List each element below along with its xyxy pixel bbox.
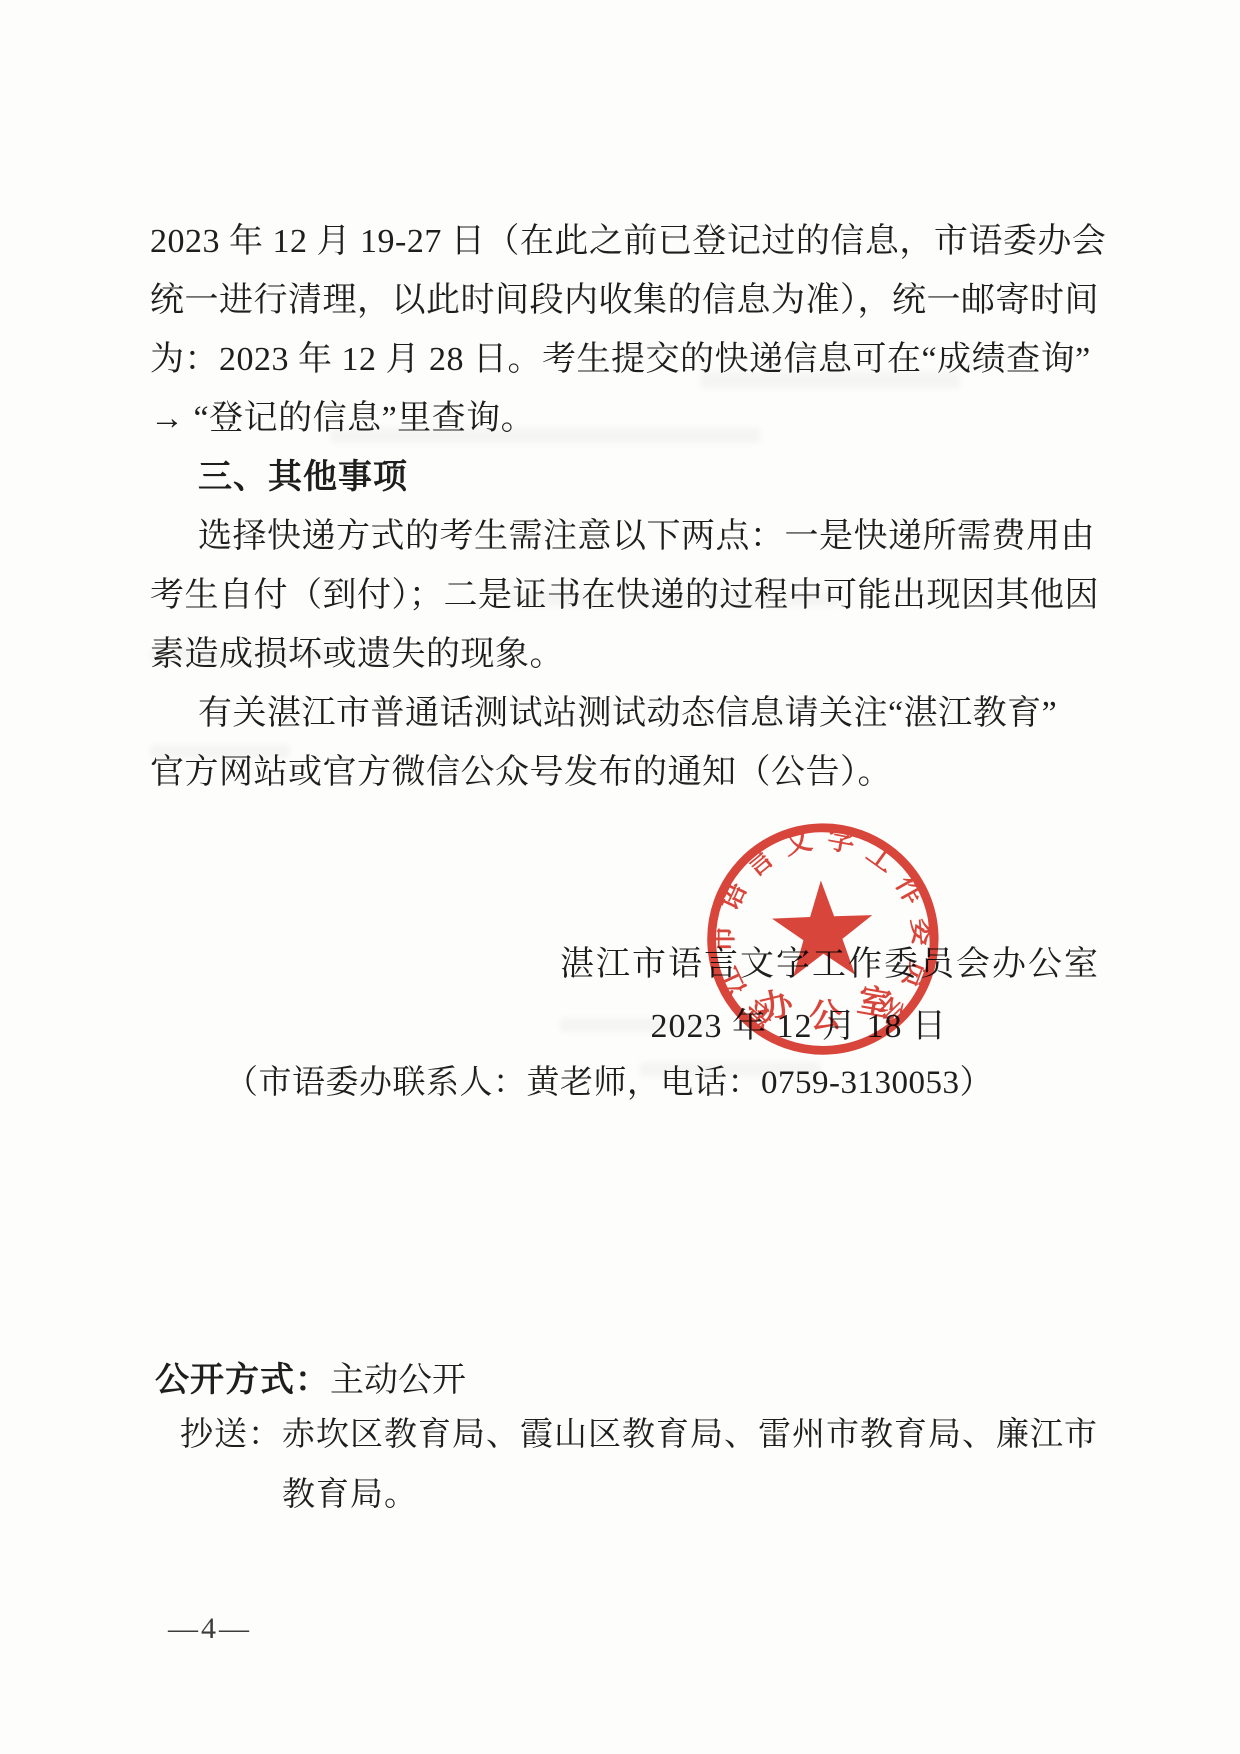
body-line: 2023 年 12 月 19-27 日（在此之前已登记过的信息，市语委办会 bbox=[150, 212, 1100, 271]
svg-text:公: 公 bbox=[808, 997, 843, 1035]
svg-text:工: 工 bbox=[861, 838, 901, 878]
star-icon bbox=[771, 879, 875, 978]
disclosure-value: 主动公开 bbox=[330, 1362, 466, 1399]
svg-text:言: 言 bbox=[739, 842, 779, 883]
body-line: 为：2023 年 12 月 28 日。考生提交的快递信息可在“成绩查询” bbox=[150, 330, 1100, 389]
disclosure-line: 公开方式：主动公开 bbox=[155, 1352, 466, 1401]
body-line: 选择快递方式的考生需注意以下两点：一是快递所需费用由 bbox=[150, 507, 1100, 566]
page-number: —4— bbox=[168, 1612, 252, 1646]
document-page: 2023 年 12 月 19-27 日（在此之前已登记过的信息，市语委办会 统一… bbox=[0, 0, 1240, 1754]
svg-text:室: 室 bbox=[855, 982, 894, 1024]
body-line: 统一进行清理，以此时间段内收集的信息为准），统一邮寄时间 bbox=[150, 271, 1100, 330]
svg-text:作: 作 bbox=[890, 871, 930, 910]
section-heading: 三、其他事项 bbox=[150, 448, 1100, 507]
body-line: 考生自付（到付）；二是证书在快递的过程中可能出现因其他因 bbox=[150, 566, 1100, 625]
document-body: 2023 年 12 月 19-27 日（在此之前已登记过的信息，市语委办会 统一… bbox=[150, 212, 1100, 802]
body-line: → “登记的信息”里查询。 bbox=[150, 389, 1100, 448]
body-line: 官方网站或官方微信公众号发布的通知（公告）。 bbox=[150, 743, 1100, 802]
disclosure-label: 公开方式： bbox=[155, 1361, 330, 1399]
svg-text:委: 委 bbox=[906, 917, 938, 946]
svg-text:字: 字 bbox=[825, 824, 857, 858]
body-line: 有关湛江市普通话测试站测试动态信息请关注“湛江教育” bbox=[150, 684, 1100, 743]
official-seal: 湛江市语言文字工作委员会 办公室 bbox=[694, 816, 952, 1069]
seal-bottom-text: 办公室 bbox=[755, 981, 895, 1038]
signature-contact: （市语委办联系人：黄老师，电话：0759-3130053） bbox=[225, 1056, 993, 1103]
svg-text:市: 市 bbox=[708, 925, 738, 952]
cc-line-2: 教育局。 bbox=[282, 1468, 418, 1515]
body-line: 素造成损坏或遗失的现象。 bbox=[150, 625, 1100, 684]
svg-text:办: 办 bbox=[756, 984, 799, 1028]
cc-line-1: 抄送：赤坎区教育局、霞山区教育局、雷州市教育局、廉江市 bbox=[180, 1408, 1098, 1455]
